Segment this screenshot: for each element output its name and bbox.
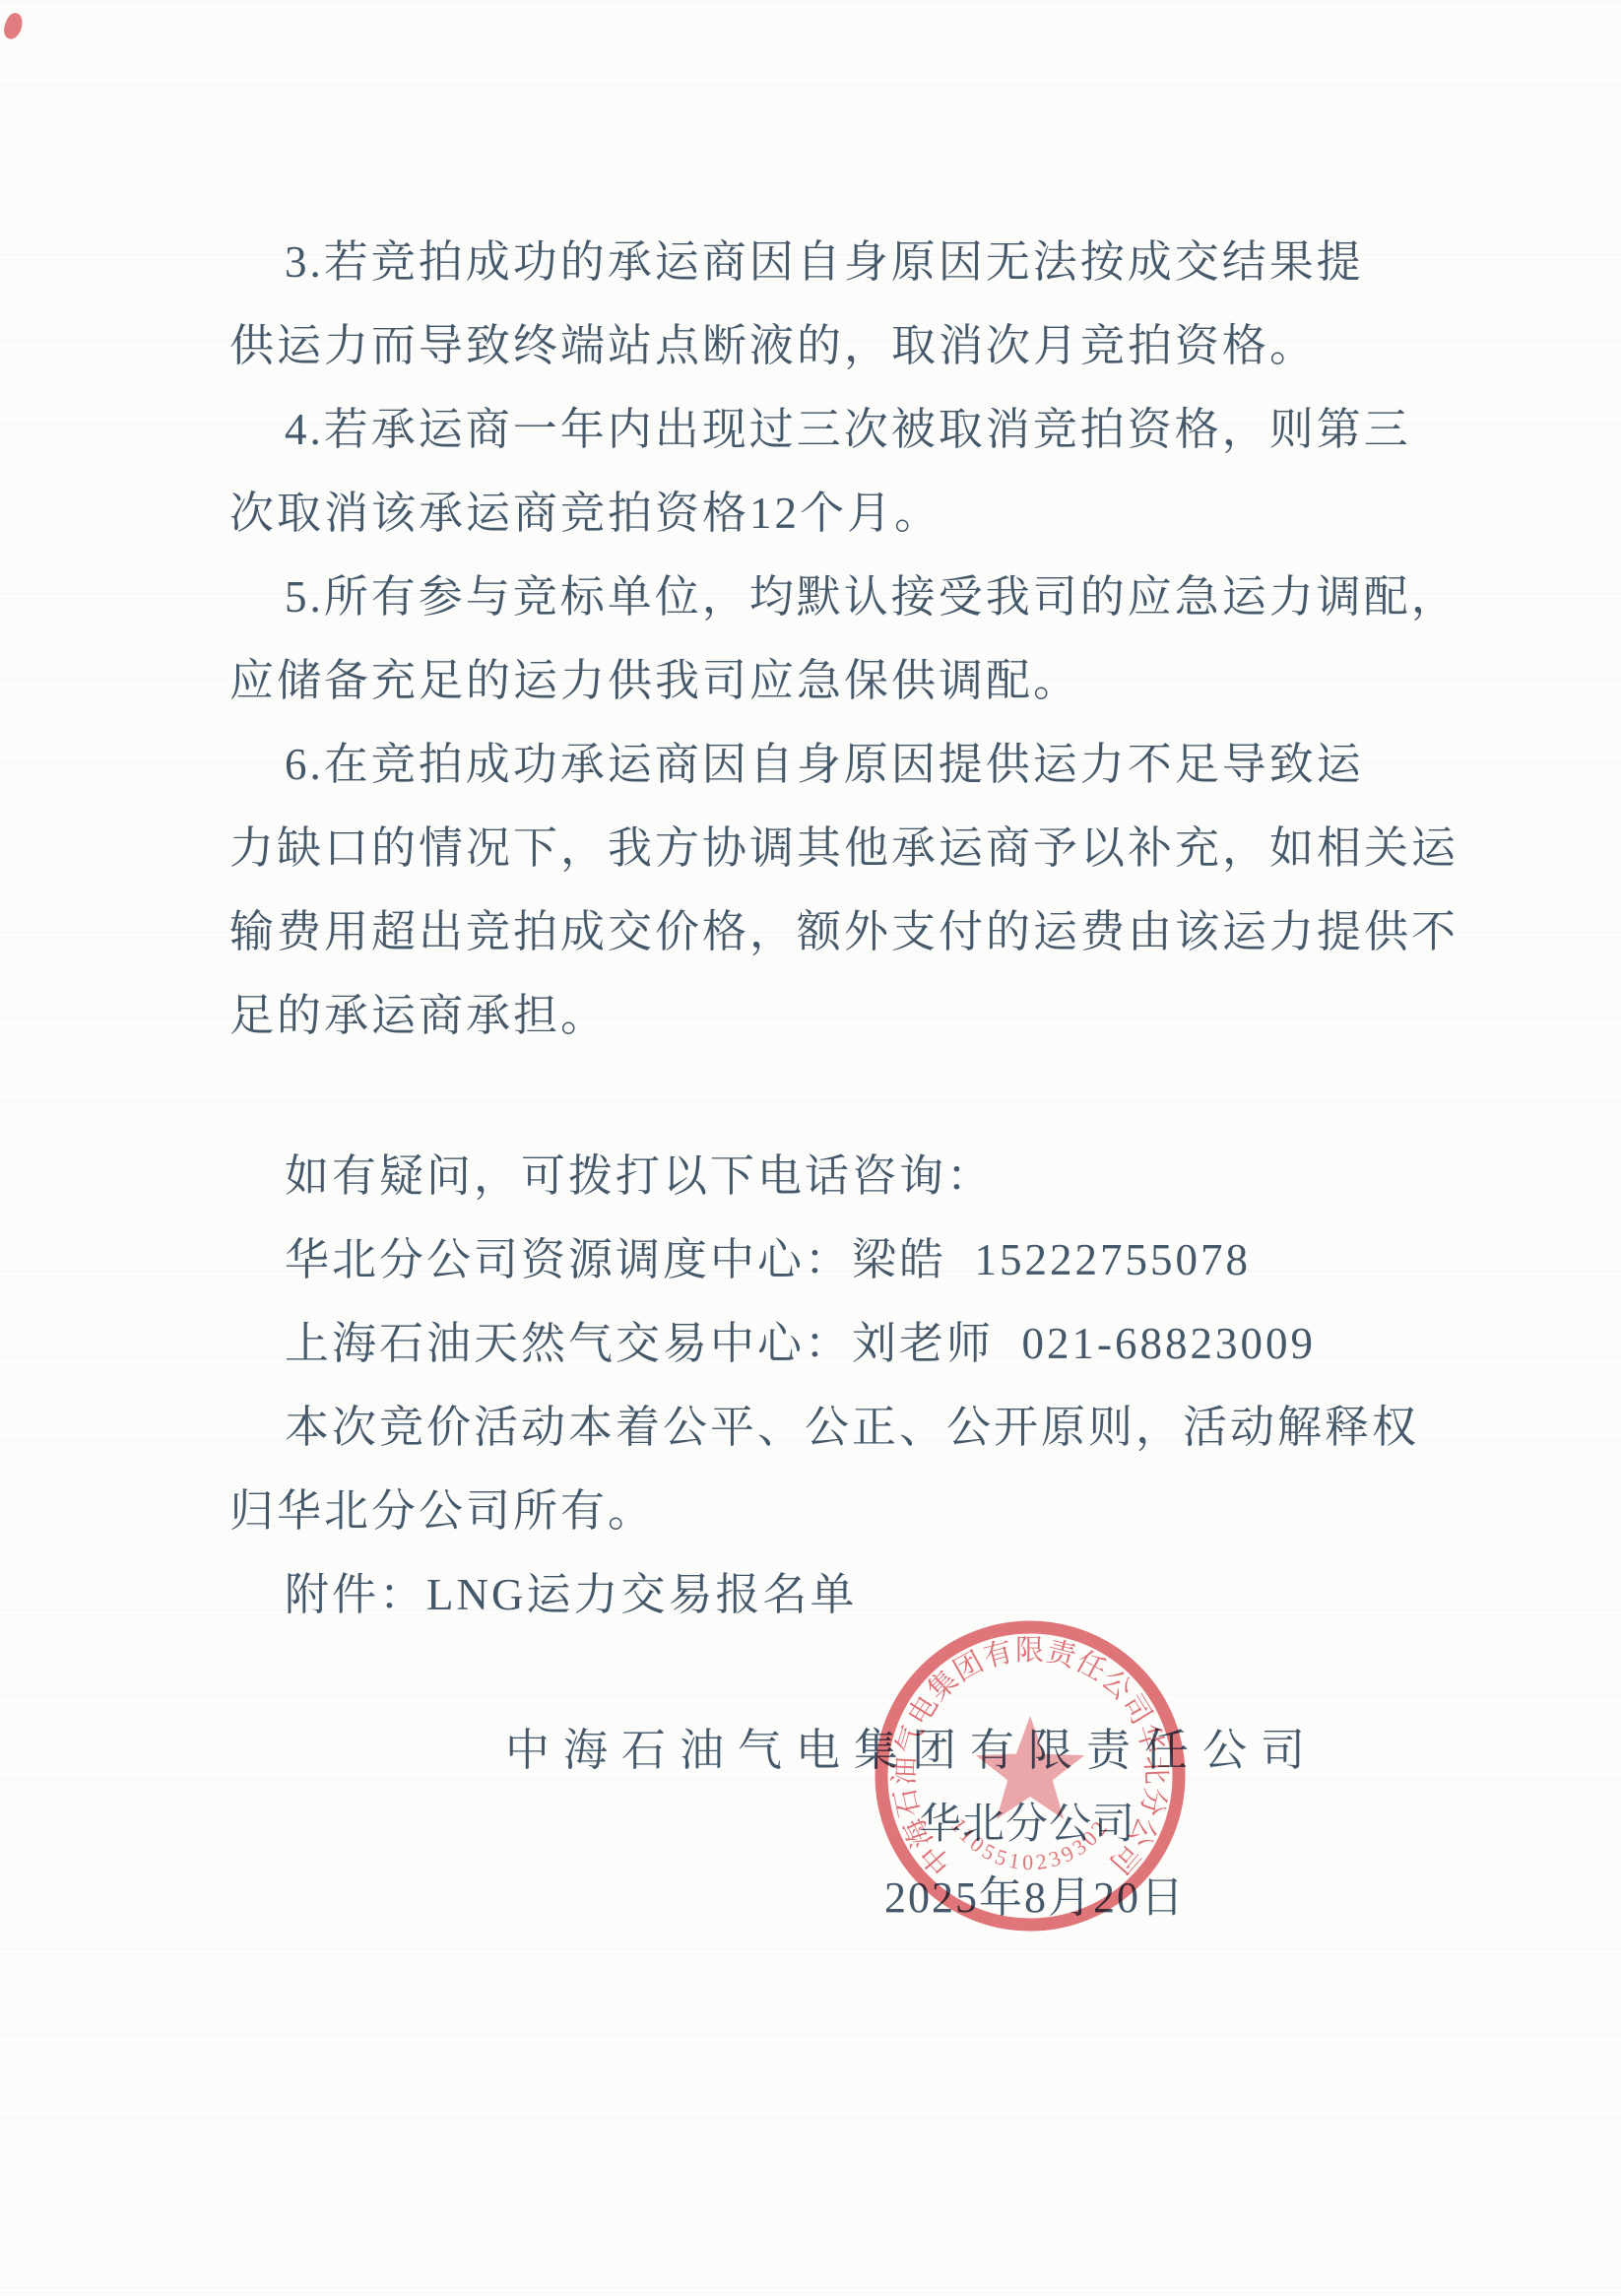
body-line: 次取消该承运商竞拍资格12个月。 bbox=[229, 472, 1401, 556]
body-line: 输费用超出竞拍成交价格，额外支付的运费由该运力提供不 bbox=[229, 890, 1401, 974]
disclaimer-line: 本次竞价活动本着公平、公正、公开原则，活动解释权 bbox=[229, 1386, 1401, 1470]
body-line: 3.若竞拍成功的承运商因自身原因无法按成交结果提 bbox=[229, 221, 1401, 304]
disclaimer-line: 归华北分公司所有。 bbox=[229, 1470, 1401, 1553]
seal-star-icon bbox=[976, 1716, 1084, 1819]
body-line: 足的承运商承担。 bbox=[229, 974, 1401, 1058]
body-line: 力缺口的情况下，我方协调其他承运商予以补充，如相关运 bbox=[229, 807, 1401, 890]
contact-intro-line: 如有疑问，可拨打以下电话咨询： bbox=[229, 1135, 1401, 1218]
seal-serial-number: 1105510239302 bbox=[946, 1813, 1115, 1874]
body-line: 6.在竞拍成功承运商因自身原因提供运力不足导致运 bbox=[229, 723, 1401, 807]
body-line: 供运力而导致终端站点断液的，取消次月竞拍资格。 bbox=[229, 304, 1401, 388]
body-line: 5.所有参与竞标单位，均默认接受我司的应急运力调配， bbox=[229, 556, 1401, 639]
company-seal-stamp: 中海石油气电集团有限责任公司华北分公司 1105510239302 bbox=[868, 1613, 1193, 1938]
contact-section: 如有疑问，可拨打以下电话咨询： 华北分公司资源调度中心：梁皓 152227550… bbox=[229, 1135, 1401, 1637]
contact-phone-line: 华北分公司资源调度中心：梁皓 15222755078 bbox=[229, 1218, 1401, 1302]
body-line: 4.若承运商一年内出现过三次被取消竞拍资格，则第三 bbox=[229, 388, 1401, 472]
red-corner-mark bbox=[1, 11, 27, 41]
attachment-line: 附件：LNG运力交易报名单 bbox=[229, 1553, 1401, 1637]
contact-phone-line: 上海石油天然气交易中心：刘老师 021-68823009 bbox=[229, 1302, 1401, 1386]
body-line: 应储备充足的运力供我司应急保供调配。 bbox=[229, 639, 1401, 723]
document-body: 3.若竞拍成功的承运商因自身原因无法按成交结果提 供运力而导致终端站点断液的，取… bbox=[229, 221, 1401, 1637]
document-page: 3.若竞拍成功的承运商因自身原因无法按成交结果提 供运力而导致终端站点断液的，取… bbox=[0, 0, 1621, 2296]
